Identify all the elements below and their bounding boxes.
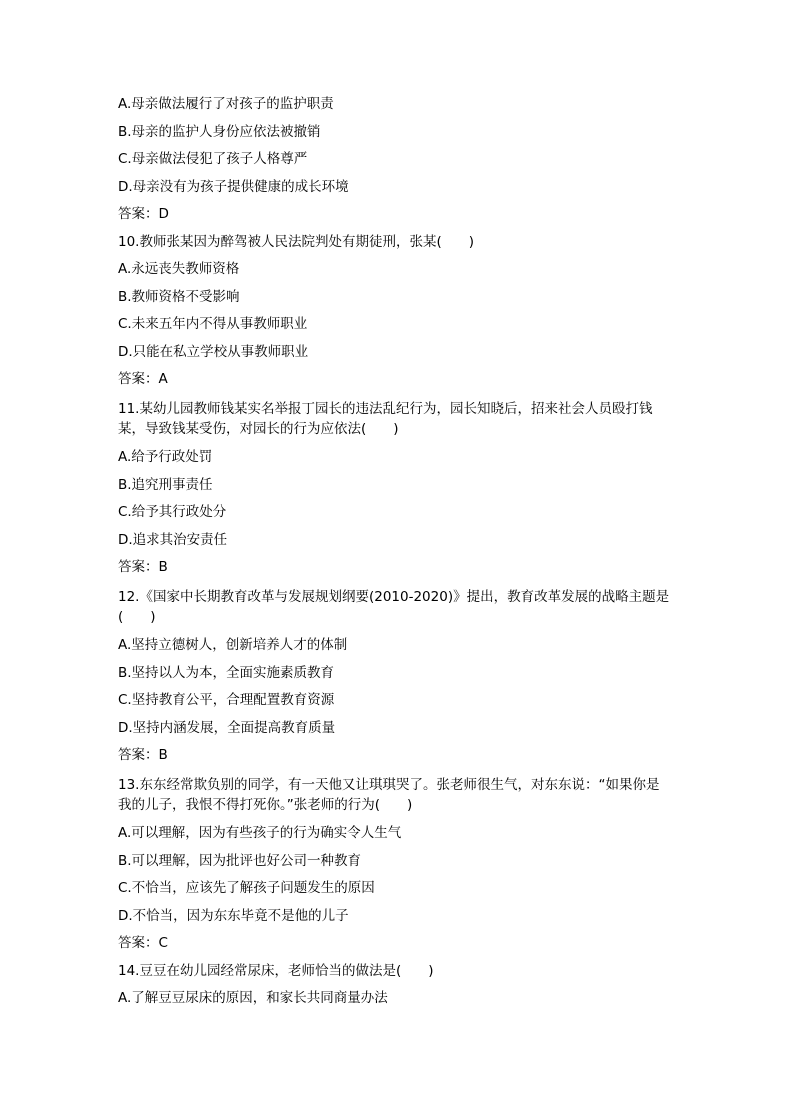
- answer: 答案：B: [118, 559, 678, 576]
- answer: 答案：C: [118, 935, 678, 952]
- option-c: C.给予其行政处分: [118, 504, 678, 521]
- question-stem: 12.《国家中长期教育改革与发展规划纲要(2010-2020)》提出，教育改革发…: [118, 587, 670, 627]
- option-d: D.母亲没有为孩子提供健康的成长环境: [118, 179, 678, 196]
- option-d: D.只能在私立学校从事教师职业: [118, 344, 678, 361]
- option-c: C.未来五年内不得从事教师职业: [118, 316, 678, 333]
- option-d: D.不恰当，因为东东毕竟不是他的儿子: [118, 908, 678, 925]
- question-stem: 10.教师张某因为醉驾被人民法院判处有期徒刑，张某( ): [118, 234, 678, 251]
- option-b: B.母亲的监护人身份应依法被撤销: [118, 124, 678, 141]
- option-b: B.追究刑事责任: [118, 477, 678, 494]
- option-a: A.给予行政处罚: [118, 449, 678, 466]
- answer: 答案：B: [118, 747, 678, 764]
- option-b: B.教师资格不受影响: [118, 289, 678, 306]
- question-stem: 11.某幼儿园教师钱某实名举报丁园长的违法乱纪行为，园长知晓后，招来社会人员殴打…: [118, 399, 670, 439]
- option-d: D.坚持内涵发展，全面提高教育质量: [118, 720, 678, 737]
- option-c: C.坚持教育公平，合理配置教育资源: [118, 692, 678, 709]
- option-b: B.可以理解，因为批评也好公司一种教育: [118, 853, 678, 870]
- option-a: A.永远丧失教师资格: [118, 261, 678, 278]
- option-b: B.坚持以人为本，全面实施素质教育: [118, 665, 678, 682]
- question-stem: 14.豆豆在幼儿园经常尿床，老师恰当的做法是( ): [118, 963, 678, 980]
- answer: 答案：A: [118, 371, 678, 388]
- option-a: A.可以理解，因为有些孩子的行为确实令人生气: [118, 825, 678, 842]
- question-stem: 13.东东经常欺负别的同学，有一天他又让琪琪哭了。张老师很生气，对东东说：“如果…: [118, 775, 670, 815]
- answer: 答案：D: [118, 206, 678, 223]
- option-c: C.不恰当，应该先了解孩子问题发生的原因: [118, 880, 678, 897]
- document-page: A.母亲做法履行了对孩子的监护职责 B.母亲的监护人身份应依法被撤销 C.母亲做…: [118, 96, 678, 1007]
- option-a: A.坚持立德树人，创新培养人才的体制: [118, 637, 678, 654]
- option-d: D.追求其治安责任: [118, 532, 678, 549]
- option-a: A.母亲做法履行了对孩子的监护职责: [118, 96, 678, 113]
- option-c: C.母亲做法侵犯了孩子人格尊严: [118, 151, 678, 168]
- option-a: A.了解豆豆尿床的原因，和家长共同商量办法: [118, 990, 678, 1007]
